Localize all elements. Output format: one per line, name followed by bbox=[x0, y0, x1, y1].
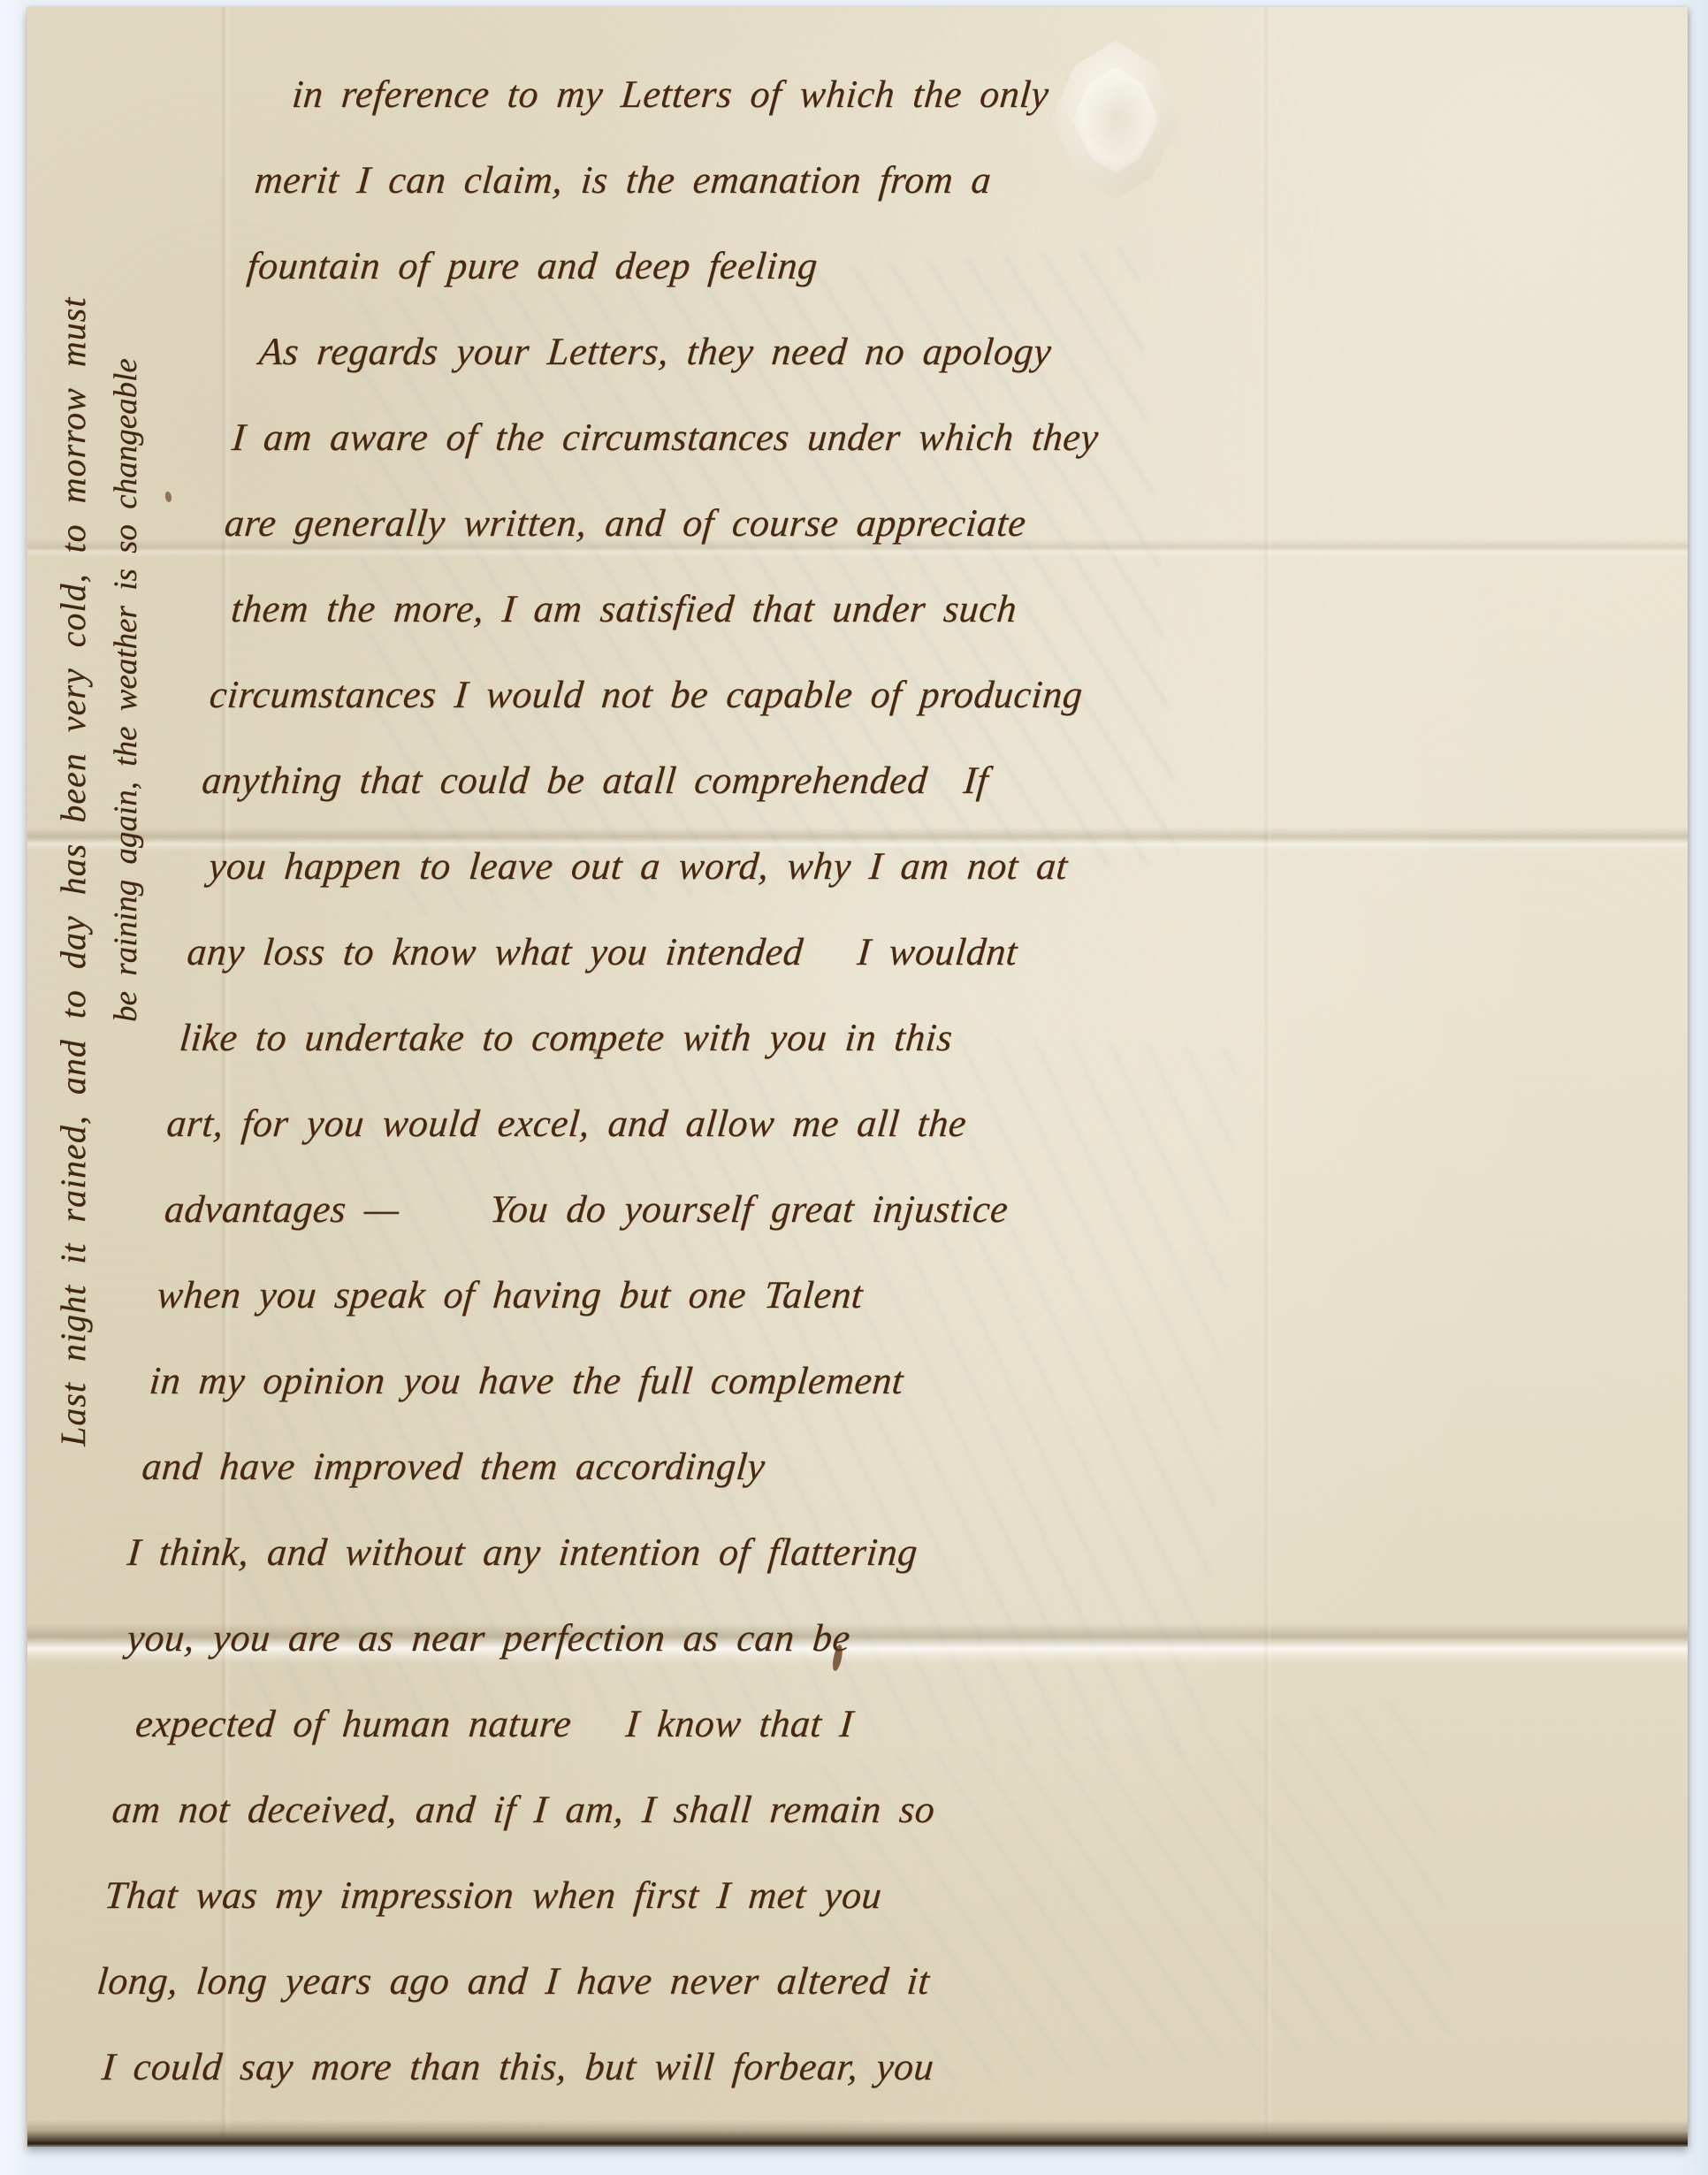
letter-line: I am aware of the circumstances under wh… bbox=[228, 394, 1109, 480]
letter-line: and have improved them accordingly bbox=[139, 1423, 1019, 1509]
letter-line: am not deceived, and if I am, I shall re… bbox=[109, 1767, 989, 1852]
fold-crease-vertical bbox=[1263, 7, 1272, 2147]
letter-body: in reference to my Letters of which the … bbox=[86, 51, 1139, 2110]
letter-line: you happen to leave out a word, why I am… bbox=[205, 823, 1071, 909]
letter-line: As regards your Letters, they need no ap… bbox=[255, 309, 1117, 394]
letter-line: expected of human nature I know that I bbox=[132, 1681, 996, 1767]
letter-line: in my opinion you have the full compleme… bbox=[146, 1338, 1026, 1423]
letter-line: That was my impression when first I met … bbox=[101, 1852, 981, 1938]
letter-line: like to undertake to compete with you in… bbox=[176, 995, 1056, 1080]
letter-line: circumstances I would not be capable of … bbox=[206, 652, 1087, 737]
letter-line: any loss to know what you intended I wou… bbox=[183, 909, 1064, 995]
letter-line: merit I can claim, is the emanation from… bbox=[251, 137, 1132, 223]
letter-line: you, you are as near perfection as can b… bbox=[124, 1595, 1004, 1681]
margin-note-line: be raining again, the weather is so chan… bbox=[102, 382, 151, 1022]
letter-line: advantages — You do yourself great injus… bbox=[161, 1166, 1041, 1252]
ink-blot bbox=[164, 492, 172, 503]
page-bottom-fold-edge bbox=[27, 2120, 1688, 2147]
letter-line: when you speak of having but one Talent bbox=[154, 1252, 1034, 1338]
ink-blot bbox=[593, 1049, 598, 1054]
letter-line: in reference to my Letters of which the … bbox=[288, 51, 1139, 137]
letter-line: long, long years ago and I have never al… bbox=[94, 1938, 974, 2024]
letter-line: fountain of pure and deep feeling bbox=[243, 223, 1124, 309]
letter-line: art, for you would excel, and allow me a… bbox=[164, 1080, 1049, 1166]
letter-line: I could say more than this, but will for… bbox=[98, 2024, 966, 2110]
letter-page: Last night it rained, and to day has bee… bbox=[27, 7, 1688, 2147]
margin-note-line: Last night it rained, and to day has bee… bbox=[47, 39, 100, 1446]
letter-line: I think, and without any intention of fl… bbox=[124, 1509, 1011, 1595]
letter-line: anything that could be atall comprehende… bbox=[198, 737, 1079, 823]
letter-line: are generally written, and of course app… bbox=[221, 480, 1102, 566]
letter-line: them the more, I am satisfied that under… bbox=[227, 566, 1094, 652]
